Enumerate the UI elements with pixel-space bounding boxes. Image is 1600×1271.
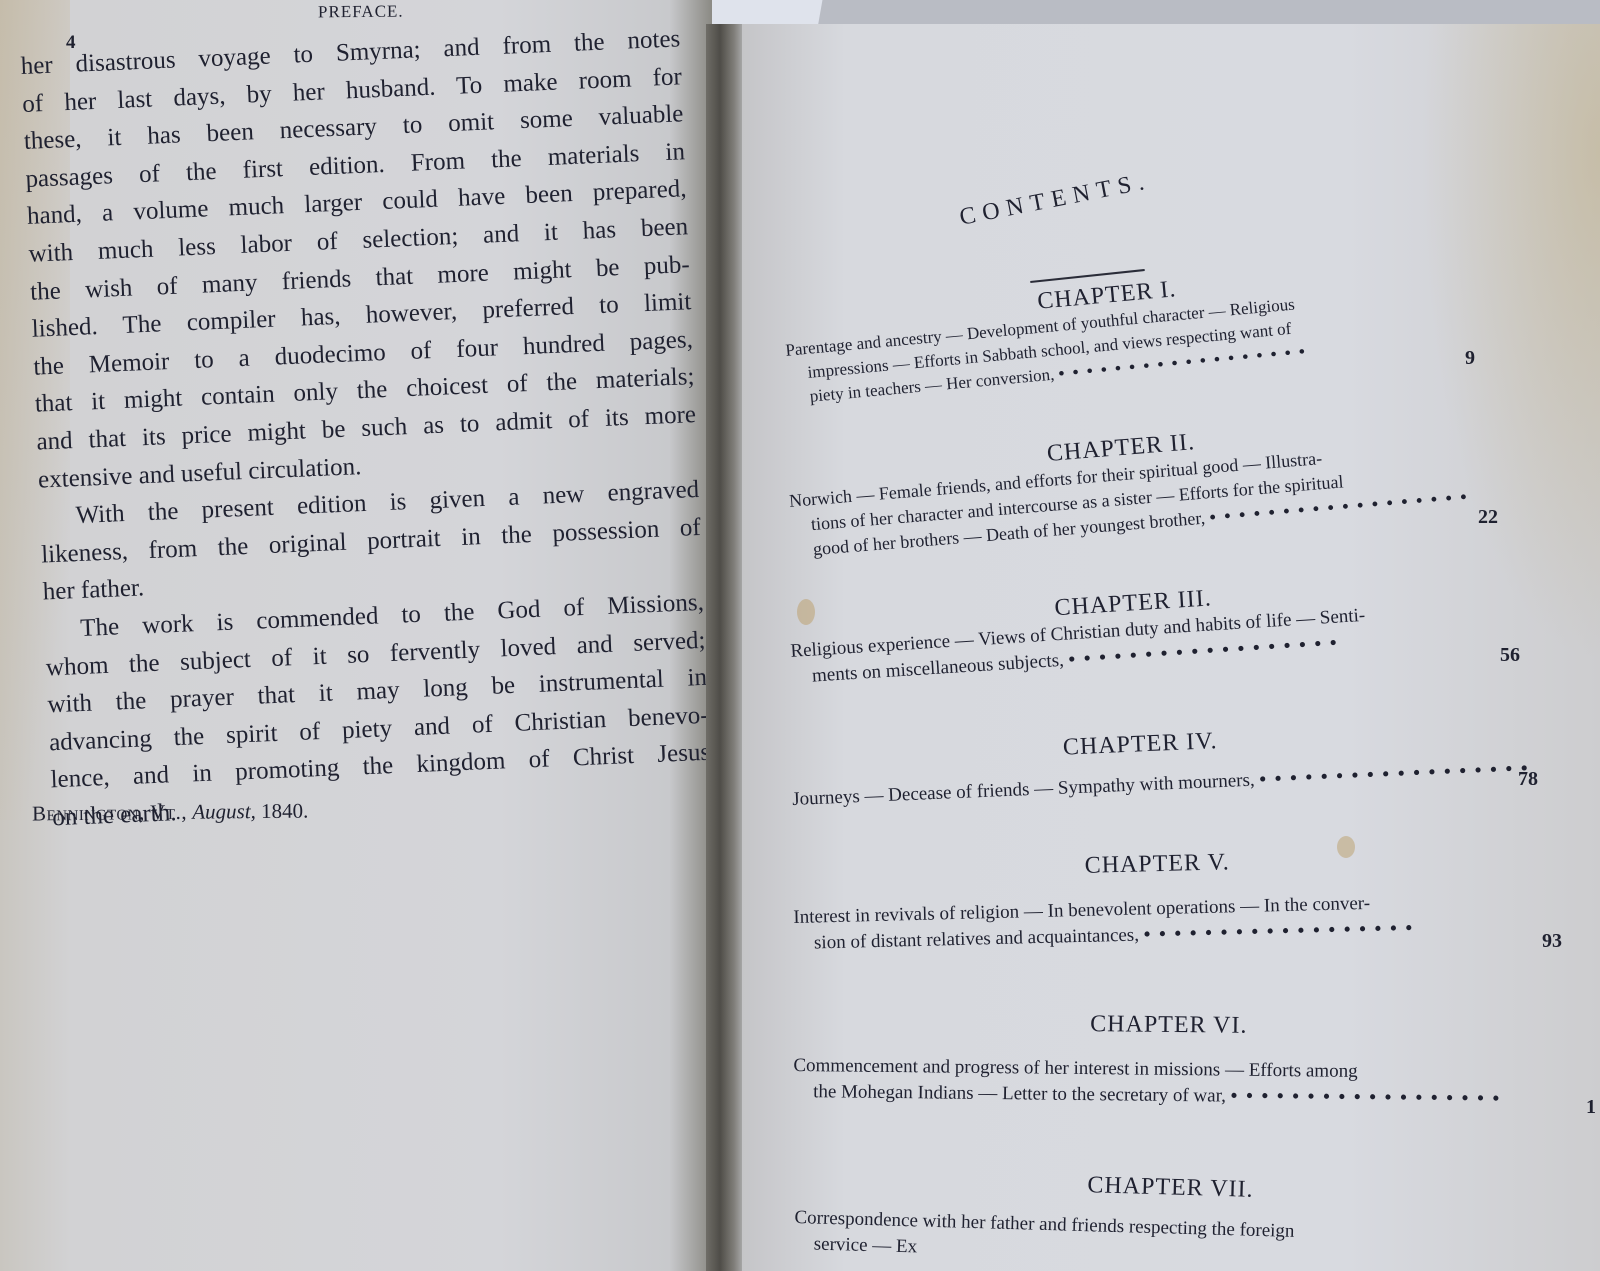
chapter-page-number: 78 — [1518, 768, 1538, 791]
leader-dots: • • • • • • • • • • • • • • • • • • — [1143, 918, 1414, 946]
left-page: PREFACE. 4 her disastrous voyage to Smyr… — [0, 0, 712, 1271]
preface-signature: Bennington, Vt., August, 1840. — [32, 799, 309, 827]
signature-place: Bennington, Vt., — [32, 800, 187, 826]
running-head: PREFACE. — [318, 2, 404, 23]
preface-paragraph-1: her disastrous voyage to Smyrna; and fro… — [20, 20, 698, 498]
preface-text: her disastrous voyage to Smyrna; and fro… — [20, 20, 712, 836]
book-gutter — [706, 24, 746, 1271]
leader-dots: • • • • • • • • • • • • • • • • • • — [1231, 1086, 1502, 1110]
chapter-page-number: 9 — [1465, 347, 1475, 370]
toc-chapter-6: CHAPTER VI. Commencement and progress of… — [793, 1008, 1544, 1113]
summary-text: sion of distant relatives and acquaintan… — [814, 925, 1139, 954]
signature-month: August, — [192, 799, 256, 824]
chapter-page-number: 56 — [1500, 644, 1520, 667]
toc-chapter-5: CHAPTER V. Interest in revivals of relig… — [792, 842, 1524, 957]
chapter-page-number: 93 — [1542, 930, 1562, 953]
chapter-page-number: 1 — [1586, 1096, 1596, 1119]
summary-text: the Mohegan Indians — Letter to the secr… — [813, 1081, 1226, 1106]
preface-paragraph-3: The work is commended to the God of Miss… — [44, 584, 713, 837]
signature-year: 1840. — [261, 799, 308, 823]
chapter-summary: Commencement and progress of her interes… — [793, 1053, 1544, 1113]
chapter-page-number: 22 — [1478, 506, 1498, 529]
